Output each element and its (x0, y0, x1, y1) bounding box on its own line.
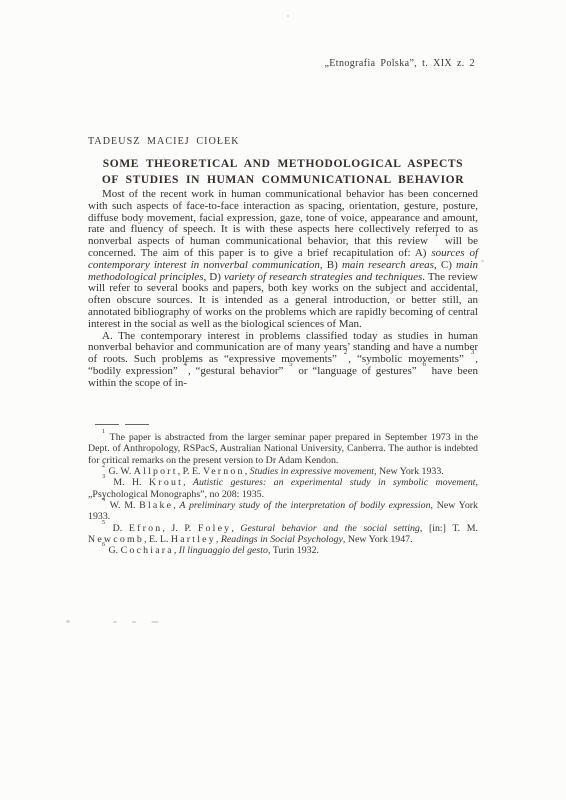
scan-speck (113, 621, 117, 623)
article-title: SOME THEORETICAL AND METHODOLOGICAL ASPE… (88, 157, 478, 188)
footnote-6: 6 G. Cochiara, Il linguaggio del gesto, … (88, 545, 478, 556)
scan-speck (132, 621, 136, 623)
footnote-5: 5 D. Efron, J. P. Foley, Gestural behavi… (88, 523, 478, 546)
footnote-4: 4 W. M. Blake, A preliminary study of th… (88, 500, 478, 523)
journal-header: „Etnografia Polska”, t. XIX z. 2 (88, 58, 475, 69)
footnotes-section: 1 The paper is abstracted from the large… (88, 432, 478, 557)
scan-speck (66, 620, 70, 623)
footnote-1: 1 The paper is abstracted from the large… (88, 432, 478, 466)
scan-speck (151, 621, 159, 623)
body-paragraph-1: Most of the recent work in human communi… (88, 189, 478, 331)
article-title-line-1: SOME THEORETICAL AND METHODOLOGICAL ASPE… (88, 157, 478, 173)
footnote-separator-rule (95, 424, 153, 425)
article-title-line-2: OF STUDIES IN HUMAN COMMUNICATIONAL BEHA… (88, 173, 478, 189)
footnote-3: 3 M. H. Krout, Autistic gestures: an exp… (88, 477, 478, 500)
article-body: Most of the recent work in human communi… (88, 189, 478, 390)
author-name: TADEUSZ MACIEJ CIOŁEK (88, 136, 478, 147)
scanned-document-page: „Etnografia Polska”, t. XIX z. 2 TADEUSZ… (0, 0, 566, 800)
footnote-2: 2 G. W. Allport, P. E. Vernon, Studies i… (88, 466, 478, 477)
body-paragraph-2: A. The contemporary interest in problems… (88, 331, 478, 390)
scan-speck (481, 260, 484, 262)
scan-speck (287, 15, 289, 17)
